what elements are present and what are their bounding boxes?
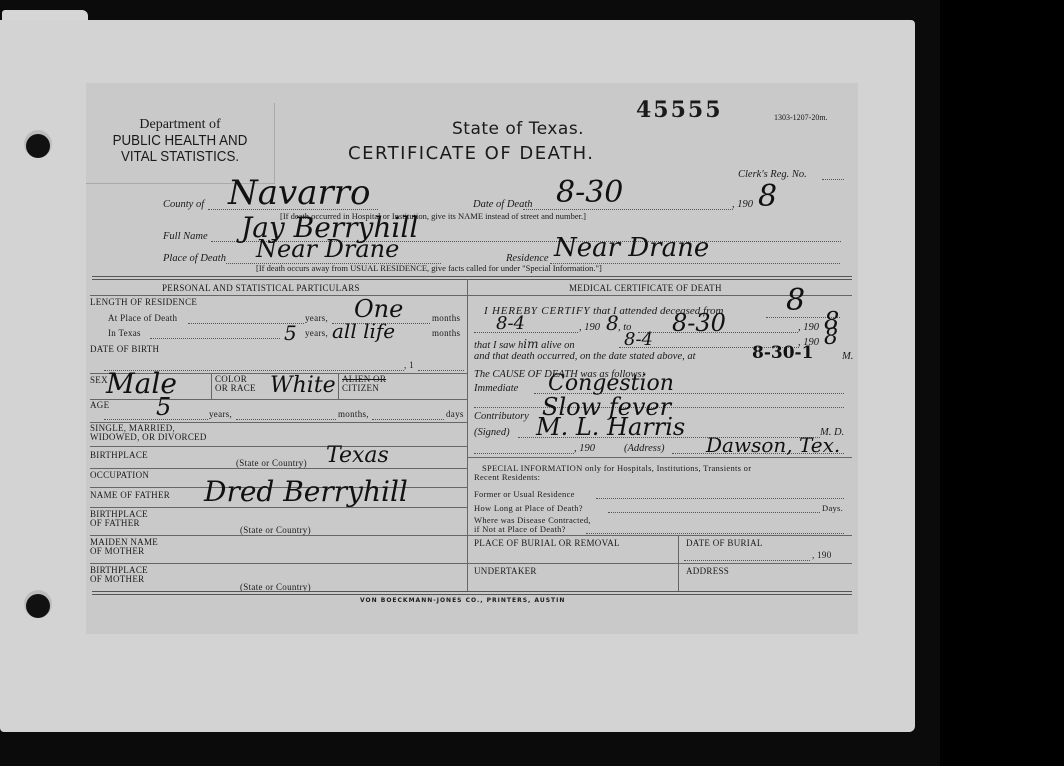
death-occurred-line: and that death occurred, on the date sta…: [474, 351, 696, 362]
section-divider: [92, 276, 852, 280]
alive-year-value: 8: [824, 325, 838, 350]
age-value: 5: [156, 393, 171, 421]
county-value: Navarro: [228, 173, 370, 213]
mother-maiden-name-label: MAIDEN NAMEOF MOTHER: [90, 538, 158, 556]
special-info-heading-2: Recent Residents:: [474, 472, 540, 482]
state-title: State of Texas.: [452, 119, 584, 139]
time-of-death-value: 8-30-1: [752, 343, 813, 363]
dob-separator: , 1: [404, 360, 414, 370]
length-of-residence-label: LENGTH OF RESIDENCE: [90, 297, 197, 307]
attended-from-value: 8-4: [496, 313, 525, 334]
punch-hole-bottom: [26, 594, 50, 618]
occupation-label: OCCUPATION: [90, 470, 149, 480]
registration-number: 45555: [636, 97, 723, 123]
bottom-divider: [92, 591, 852, 595]
where-contracted-label: Where was Disease Contracted,if Not at P…: [474, 516, 591, 534]
age-years-label: years,: [209, 409, 232, 419]
undertaker-label: UNDERTAKER: [474, 566, 537, 576]
residence-value: Near Drane: [554, 233, 709, 263]
father-name-label: NAME OF FATHER: [90, 490, 170, 500]
place-months-label: months: [432, 313, 460, 323]
year-prefix: , 190: [732, 199, 753, 210]
how-long-label: How Long at Place of Death?: [474, 503, 583, 513]
in-texas-label: In Texas: [108, 328, 141, 338]
citizen-label: ALIEN ORCITIZEN: [342, 375, 386, 393]
residence-note: [If death occurs away from USUAL RESIDEN…: [256, 263, 602, 273]
birthplace-label: BIRTHPLACE: [90, 450, 148, 460]
county-label: County of: [163, 199, 204, 210]
texas-months-value: all life: [332, 319, 395, 343]
printer-imprint: VON BOECKMANN-JONES CO., PRINTERS, AUSTI…: [360, 597, 565, 604]
color-value: White: [270, 373, 336, 398]
address-label: (Address): [624, 443, 664, 454]
date-of-death-value: 8-30: [556, 175, 623, 210]
attended-to-value: 8-30: [672, 309, 726, 337]
texas-years-label: years,: [305, 328, 328, 338]
date-of-birth-label: DATE OF BIRTH: [90, 344, 159, 354]
form-code: 1303-1207-20m.: [774, 113, 828, 122]
at-place-of-death-label: At Place of Death: [108, 313, 177, 323]
birthplace-value: Texas: [326, 443, 389, 468]
contributory-cause-label: Contributory: [474, 411, 529, 422]
color-label: COLOROR RACE: [215, 375, 256, 393]
burial-year-label: , 190: [812, 550, 832, 560]
mother-birthplace-label: BIRTHPLACEOF MOTHER: [90, 566, 148, 584]
signed-label: (Signed): [474, 427, 510, 438]
place-years-label: years,: [305, 313, 328, 323]
alive-on-value: 8-4: [624, 329, 653, 350]
certificate-title: CERTIFICATE OF DEATH.: [348, 143, 595, 164]
father-birthplace-label: BIRTHPLACEOF FATHER: [90, 510, 148, 528]
department-name-1: PUBLIC HEALTH AND: [94, 133, 267, 149]
age-days-label: days: [446, 409, 464, 419]
department-name-2: VITAL STATISTICS.: [94, 149, 267, 165]
birthplace-hint: (State or Country): [236, 458, 307, 468]
texas-months-label: months: [432, 328, 460, 338]
full-name-label: Full Name: [163, 231, 208, 242]
texas-years-value: 5: [284, 321, 297, 345]
immediate-cause-label: Immediate: [474, 383, 518, 394]
former-residence-label: Former or Usual Residence: [474, 489, 575, 499]
burial-date-label: DATE OF BURIAL: [686, 538, 763, 548]
days-label: Days.: [822, 503, 843, 513]
father-birthplace-hint: (State or Country): [240, 525, 311, 535]
address-value: Dawson, Tex.: [706, 433, 840, 457]
signed-value: M. L. Harris: [536, 413, 685, 441]
saw-alive-line: that I saw him alive on: [474, 337, 575, 351]
punch-hole-top: [26, 134, 50, 158]
from-year-prefix: , 190: [579, 322, 600, 333]
personal-section-title: PERSONAL AND STATISTICAL PARTICULARS: [162, 283, 360, 293]
marital-status-label: SINGLE, MARRIED,WIDOWED, OR DIVORCED: [90, 424, 207, 442]
death-certificate: Department of PUBLIC HEALTH AND VITAL ST…: [86, 83, 858, 634]
death-year-value: 8: [758, 179, 777, 214]
place-of-death-value: Near Drane: [256, 235, 399, 263]
attended-from-month: 8: [786, 283, 805, 318]
from-year-value: 8: [606, 311, 619, 335]
signed-date-prefix: , 190: [574, 443, 595, 454]
age-months-label: months,: [338, 409, 369, 419]
father-name-value: Dred Berryhill: [204, 475, 408, 508]
burial-place-label: PLACE OF BURIAL OR REMOVAL: [474, 538, 620, 548]
place-of-death-label: Place of Death: [163, 253, 226, 264]
medical-section-title: MEDICAL CERTIFICATE OF DEATH: [569, 283, 722, 293]
department-label: Department of: [86, 117, 274, 133]
department-box: Department of PUBLIC HEALTH AND VITAL ST…: [86, 103, 275, 184]
time-suffix: M.: [842, 351, 853, 362]
address-heading: ADDRESS: [686, 566, 729, 576]
column-divider: [467, 279, 468, 591]
age-label: AGE: [90, 400, 109, 410]
to-year-prefix: , 190: [798, 322, 819, 333]
